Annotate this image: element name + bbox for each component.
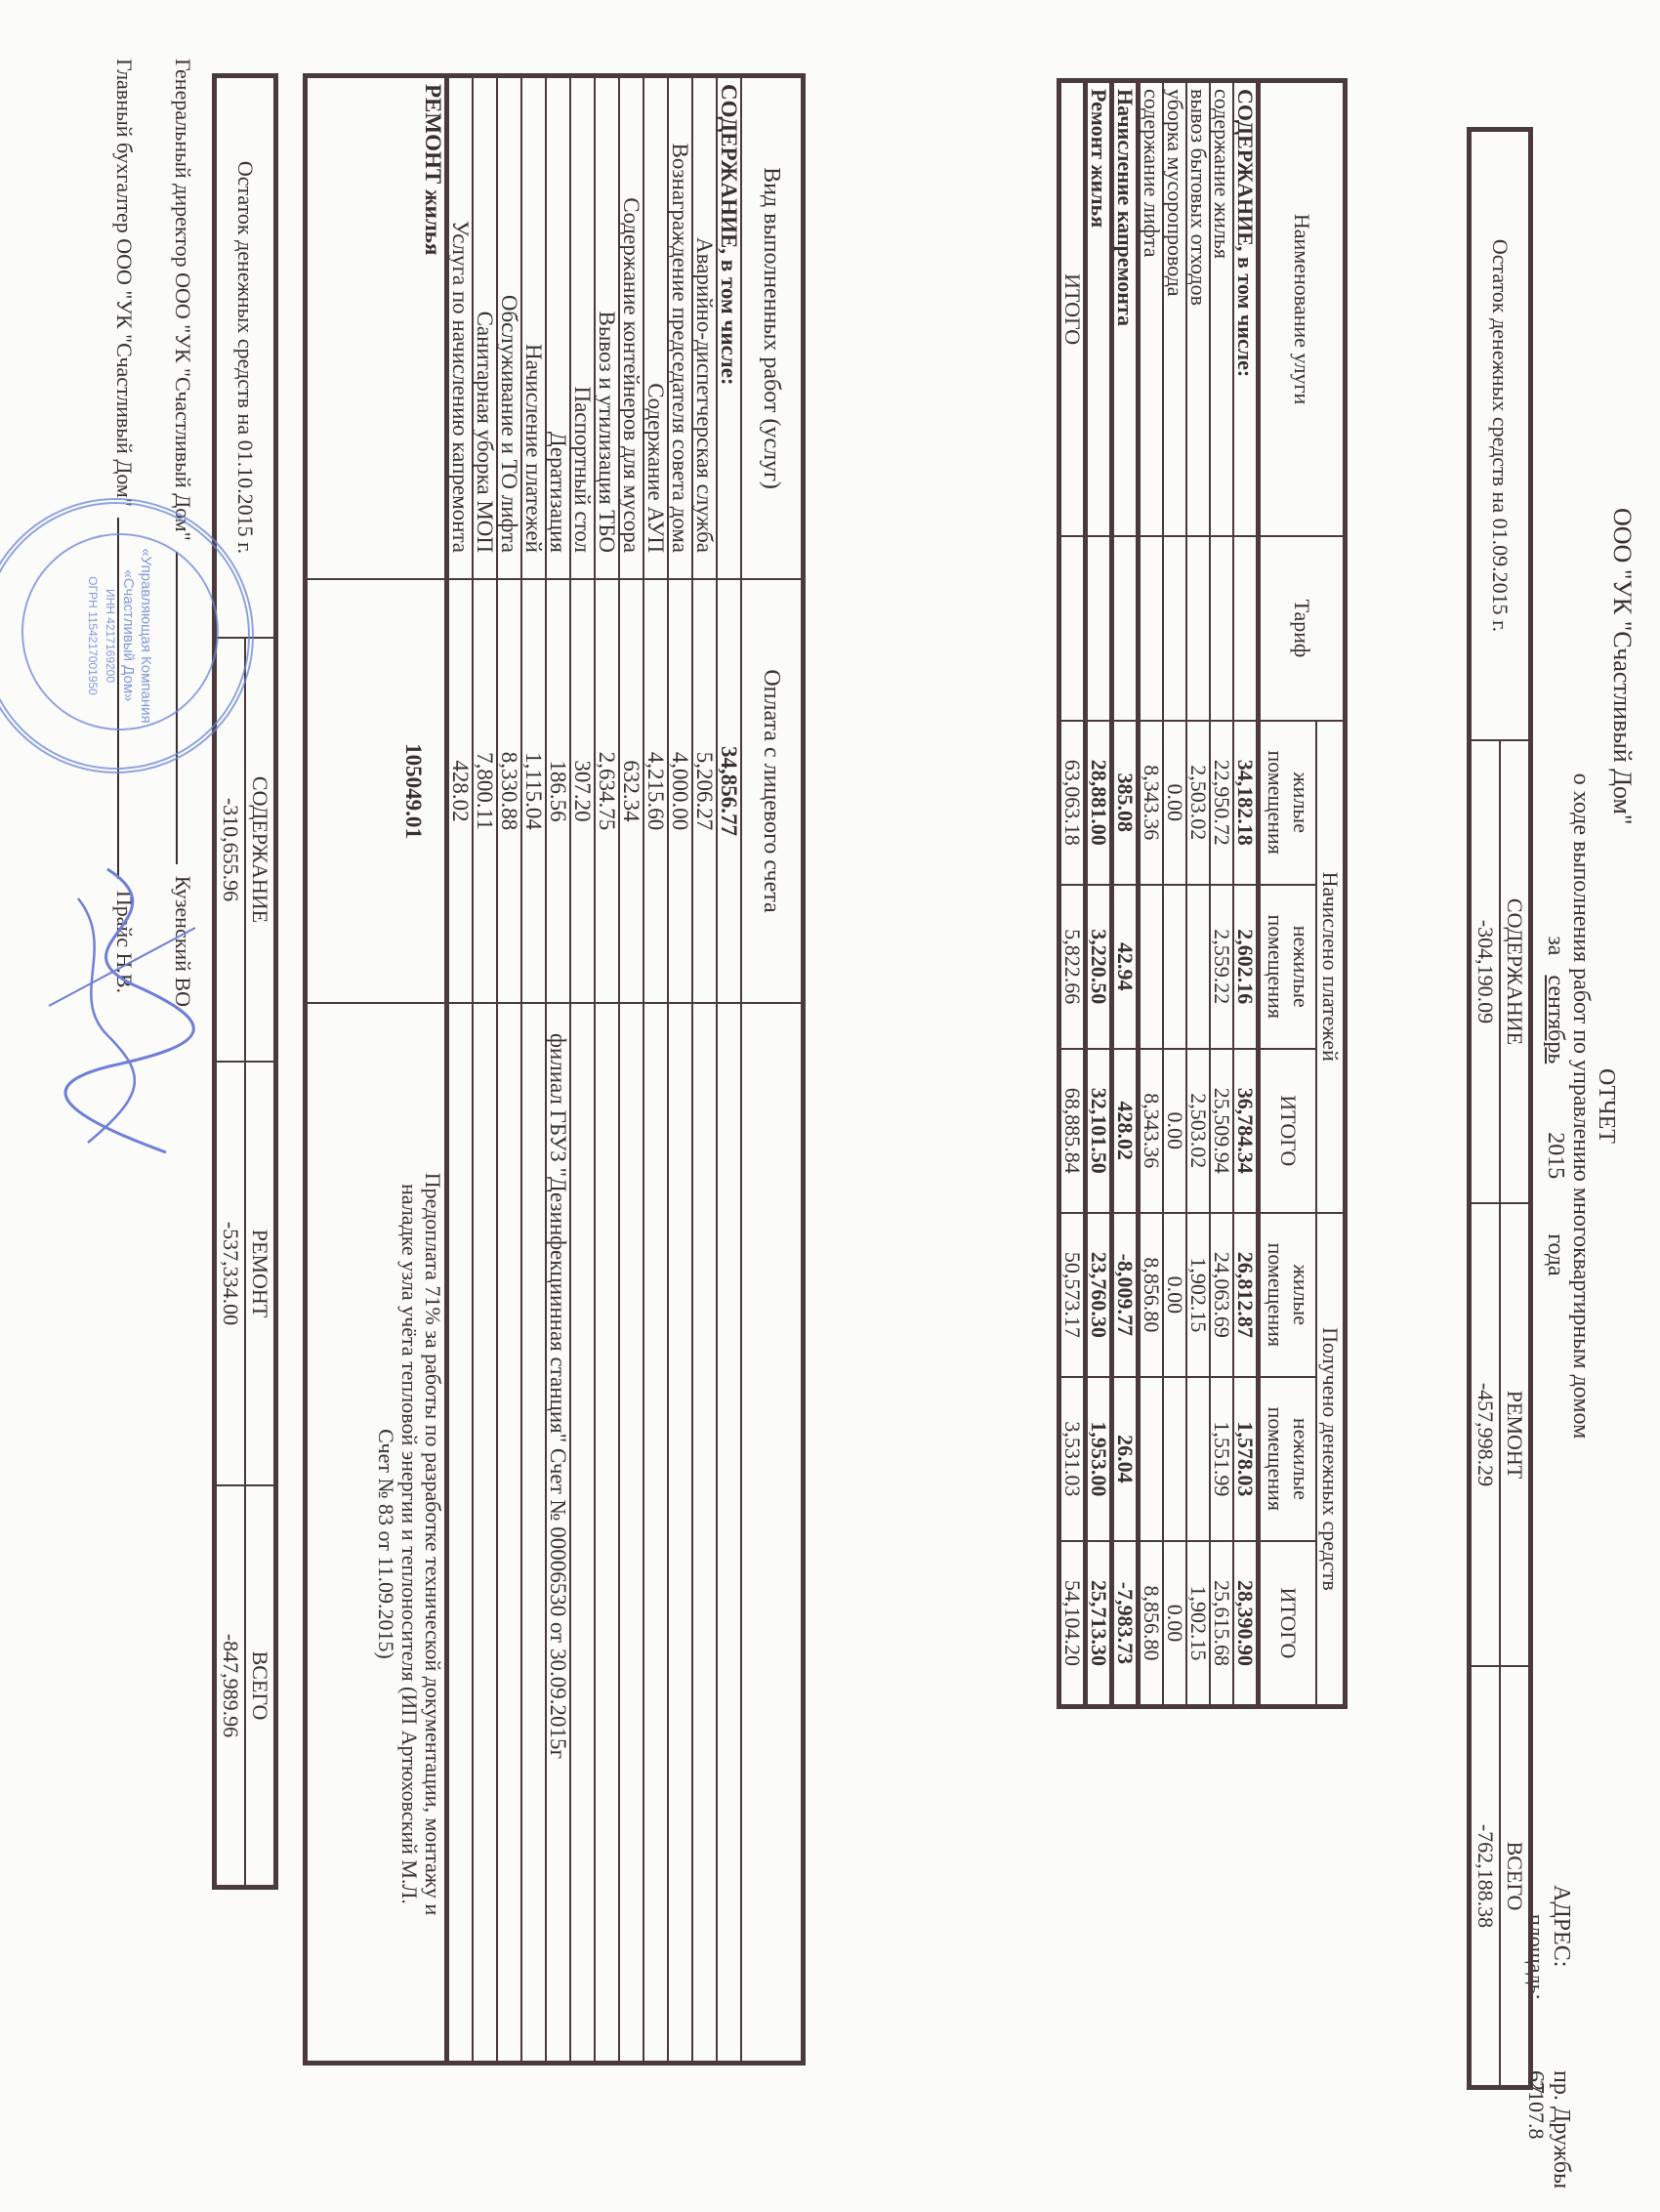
period-year: 2015 [1543, 1083, 1568, 1228]
address-label: АДРЕС: [1548, 1885, 1574, 1967]
accountant-title: Главный бухгалтер ООО "УК "Счастливый До… [112, 59, 137, 507]
charges-row: СОДЕРЖАНИЕ, в том числе:34,182.182,602.1… [1233, 81, 1259, 1707]
period-month: сентябрь [1543, 961, 1568, 1077]
opening-balance-label: Остаток денежных средств на 01.09.2015 г… [1470, 130, 1531, 741]
handwritten-signature-icon [29, 859, 225, 1172]
director-title: Генеральный директор ООО "УК "Счастливый… [171, 59, 195, 541]
works-row: Вывоз и утилизация ТБО2,634.75 [595, 76, 619, 2064]
works-row: Дератизация186.56филиал ГБУЗ "Дезинфекци… [546, 76, 570, 2064]
charges-row: Ремонт жилья28,881.003,220.5032,101.5023… [1086, 81, 1112, 1707]
charges-row: содержание лифта8,343.368,343.368,856.80… [1139, 81, 1164, 1707]
remont-note: Предоплата 71% за работы по разработке т… [306, 1003, 447, 2064]
charges-row: содержание жилья22,950.722,559.2225,509.… [1210, 81, 1233, 1707]
report-subtitle: о ходе выполнения работ по управлению мн… [1568, 0, 1594, 2212]
works-row: Содержание АУП4,215.60 [643, 76, 668, 2064]
charges-row: Начисление капремонта385.0842.94428.02-8… [1112, 81, 1139, 1707]
works-row: СОДЕРЖАНИЕ, в том числе:34,856.77 [717, 76, 741, 2064]
remont-value: 105049.01 [306, 579, 447, 1003]
works-row: Вознаграждение председателя совета дома4… [668, 76, 692, 2064]
opening-balance-repair: -457,998.29 [1470, 1203, 1501, 1666]
charges-row: уборка мусоропровода0.000.000.000.00 [1163, 81, 1186, 1707]
opening-balance-maintenance: -304,190.09 [1470, 740, 1501, 1203]
works-row: Паспортный стол307.20 [570, 76, 595, 2064]
charges-table: Наименование улуги Тариф Начислено плате… [1057, 78, 1348, 1709]
works-row-remont: РЕМОНТ жилья 105049.01 Предоплата 71% за… [306, 76, 447, 2064]
report-title-block: ОТЧЕТ о ходе выполнения работ по управле… [1543, 0, 1619, 2212]
report-page: ООО "УК "Счастливый Дом" ОТЧЕТ о ходе вы… [0, 0, 1660, 2212]
report-period: за сентябрь 2015 года [1543, 0, 1568, 2212]
works-row: Услуга по начислению капремонта428.02 [447, 76, 474, 2064]
works-row: Санитарная уборка МОП7,800.11 [473, 76, 497, 2064]
works-row: Обслуживание и ТО лифта8,330.88 [497, 76, 521, 2064]
works-row: Содержание контейнеров для мусора632.34 [619, 76, 643, 2064]
works-row: Начисление платежей1,115.04 [521, 76, 546, 2064]
report-title: ОТЧЕТ [1594, 0, 1619, 2212]
works-table: Вид выполненных работ (услуг) Оплата с л… [303, 73, 806, 2066]
charges-row: вывоз бытовых отходов2,503.022,503.021,9… [1186, 81, 1210, 1707]
opening-balance-table: Остаток денежных средств на 01.09.2015 г… [1467, 127, 1533, 2090]
opening-balance-total: -762,188.38 [1470, 1666, 1501, 2088]
charges-row: ИТОГО63,063.185,822.6668,885.8450,573.17… [1059, 81, 1086, 1707]
closing-balance-total: -847,989.96 [215, 1485, 246, 1888]
works-row: Аварийно-диспетчерская служба5,206.27 [692, 76, 717, 2064]
